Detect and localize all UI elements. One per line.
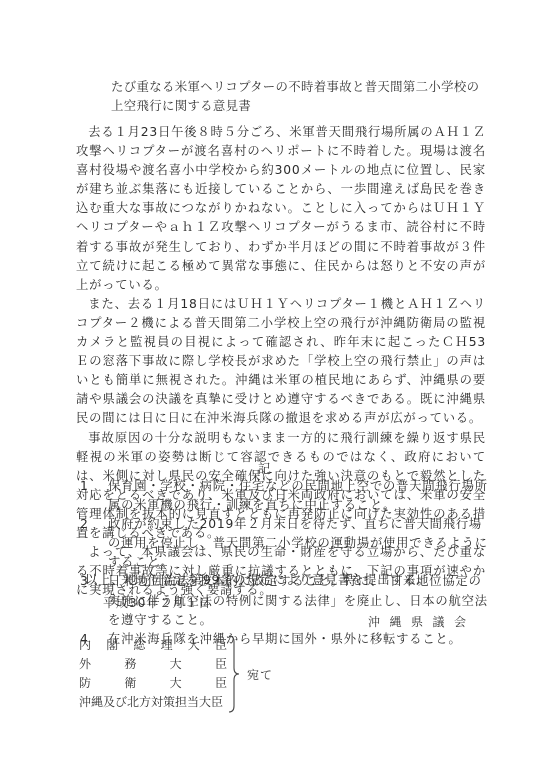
document-date: 平成30年２月１日 — [103, 594, 211, 611]
ki-heading: 記 — [258, 459, 270, 477]
addressee-char: 沖縄及び北方対策担当大臣 — [79, 693, 223, 712]
addressee-char: 閣 — [106, 636, 118, 655]
addressee-char: 内 — [79, 636, 91, 655]
addressee-char: 大 — [170, 674, 182, 693]
addressee-char: 衛 — [124, 674, 136, 693]
paragraph-2: また、去る１月18日にはＵＨ１Ｙヘリコプター１機とＡＨ１Ｚヘリコプター２機による… — [76, 295, 486, 429]
item-text: 保育園・学校・病院・住宅などの民間地上空での普天間飛行場所属の米軍機の飛行・訓練… — [108, 477, 490, 515]
addressee-char: 臣 — [215, 655, 227, 674]
item-number: 1 — [80, 477, 108, 515]
request-item-2: 2 政府が約束した2019年２月末日を待たず、直ちに普天間飛行場の運用を停止し、… — [80, 515, 490, 572]
item-text: 政府が約束した2019年２月末日を待たず、直ちに普天間飛行場の運用を停止し、普天… — [108, 515, 490, 572]
addressee-list: 内 閣 総 理 大 臣 外 務 大 臣 防 衛 大 臣 沖縄及び北方対策担当大臣 — [79, 636, 229, 712]
addressee-char: 総 — [133, 636, 145, 655]
addressee-char: 臣 — [215, 674, 227, 693]
addressee-okinawa-minister: 沖縄及び北方対策担当大臣 — [79, 693, 227, 712]
addressee-suffix: 宛て — [247, 666, 273, 683]
paragraph-1: 去る１月23日午後８時５分ごろ、米軍普天間飛行場所属のＡＨ１Ｚ攻撃ヘリコプターが… — [76, 123, 486, 295]
addressee-char: 務 — [124, 655, 136, 674]
addressee-defense-minister: 防 衛 大 臣 — [79, 674, 227, 693]
signer: 沖縄県議会 — [368, 613, 476, 630]
addressee-foreign-minister: 外 務 大 臣 — [79, 655, 227, 674]
addressee-char: 臣 — [215, 636, 227, 655]
addressee-char: 大 — [188, 636, 200, 655]
addressee-char: 大 — [170, 655, 182, 674]
document-page: たび重なる米軍ヘリコプターの不時着事故と普天間第二小学校の上空飛行に関する意見書… — [0, 0, 540, 764]
right-brace-icon — [227, 634, 241, 714]
addressee-char: 理 — [161, 636, 173, 655]
closing-statement: 以上、地方自治法第99条の規定により意見書を提出する。 — [85, 571, 430, 590]
addressee-prime-minister: 内 閣 総 理 大 臣 — [79, 636, 227, 655]
addressee-char: 防 — [79, 674, 91, 693]
document-title: たび重なる米軍ヘリコプターの不時着事故と普天間第二小学校の上空飛行に関する意見書 — [111, 77, 491, 115]
addressee-char: 外 — [79, 655, 91, 674]
item-number: 2 — [80, 515, 108, 572]
request-item-1: 1 保育園・学校・病院・住宅などの民間地上空での普天間飛行場所属の米軍機の飛行・… — [80, 477, 490, 515]
